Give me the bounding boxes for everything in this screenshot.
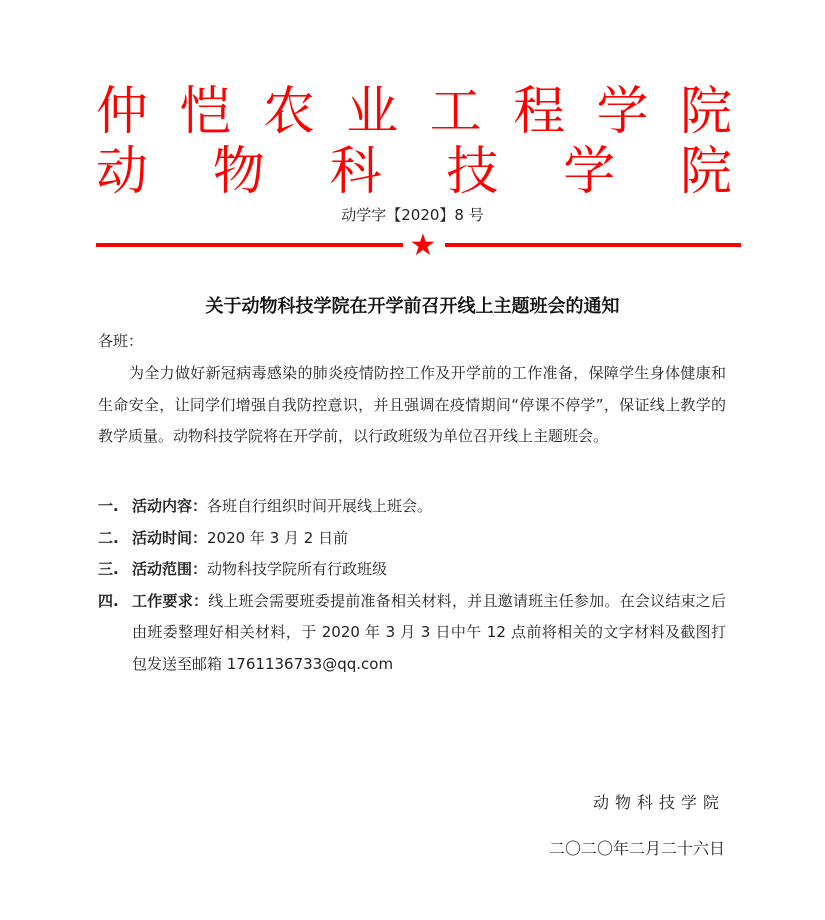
red-divider-right	[445, 243, 741, 247]
title-char: 院	[680, 142, 732, 202]
item-content: 2020 年 3 月 2 日前	[207, 523, 726, 555]
item-content: 各班自行组织时间开展线上班会。	[207, 491, 726, 523]
item-body: 工作要求：线上班会需要班委提前准备相关材料，并且邀请班主任参加。在会议结束之后由…	[132, 586, 726, 681]
title-char: 程	[513, 82, 565, 142]
title-char: 仲	[96, 82, 148, 142]
title-char: 恺	[179, 82, 231, 142]
item-content: 线上班会需要班委提前准备相关材料，并且邀请班主任参加。在会议结束之后由班委整理好…	[132, 592, 726, 673]
item-content: 动物科技学院所有行政班级	[207, 554, 726, 586]
star-icon: ★	[408, 232, 438, 260]
title-char: 学	[563, 142, 615, 202]
red-divider-left	[96, 243, 403, 247]
signature-organization: 动物科技学院	[500, 790, 725, 813]
title-char: 院	[680, 82, 732, 142]
item-number: 四.	[98, 586, 132, 618]
salutation: 各班：	[98, 326, 726, 358]
item-label: 活动时间：	[132, 523, 207, 555]
item-label: 工作要求：	[132, 592, 208, 610]
list-item: 一. 活动内容： 各班自行组织时间开展线上班会。	[98, 491, 726, 523]
item-number: 三.	[98, 554, 132, 586]
title-char: 农	[263, 82, 315, 142]
title-char: 学	[597, 82, 649, 142]
list-item: 四. 工作要求：线上班会需要班委提前准备相关材料，并且邀请班主任参加。在会议结束…	[98, 586, 726, 681]
item-number: 一.	[98, 491, 132, 523]
title-char: 动	[96, 142, 148, 202]
title-char: 物	[213, 142, 265, 202]
item-label: 活动内容：	[132, 491, 207, 523]
institution-title-line2: 动 物 科 技 学 院	[96, 142, 732, 202]
body-paragraph: 为全力做好新冠病毒感染的肺炎疫情防控工作及开学前的工作准备，保障学生身体健康和生…	[98, 358, 726, 453]
notice-title: 关于动物科技学院在开学前召开线上主题班会的通知	[0, 292, 825, 318]
list-item: 三. 活动范围： 动物科技学院所有行政班级	[98, 554, 726, 586]
document-number: 动学字【2020】8 号	[0, 204, 825, 225]
title-char: 技	[446, 142, 498, 202]
item-label: 活动范围：	[132, 554, 207, 586]
list-item: 二. 活动时间： 2020 年 3 月 2 日前	[98, 523, 726, 555]
item-number: 二.	[98, 523, 132, 555]
title-char: 工	[430, 82, 482, 142]
title-char: 科	[330, 142, 382, 202]
institution-title-line1: 仲 恺 农 业 工 程 学 院	[96, 82, 732, 142]
signature-date: 二〇二〇年二月二十六日	[500, 836, 725, 859]
notice-items-list: 一. 活动内容： 各班自行组织时间开展线上班会。 二. 活动时间： 2020 年…	[98, 491, 726, 680]
title-char: 业	[346, 82, 398, 142]
